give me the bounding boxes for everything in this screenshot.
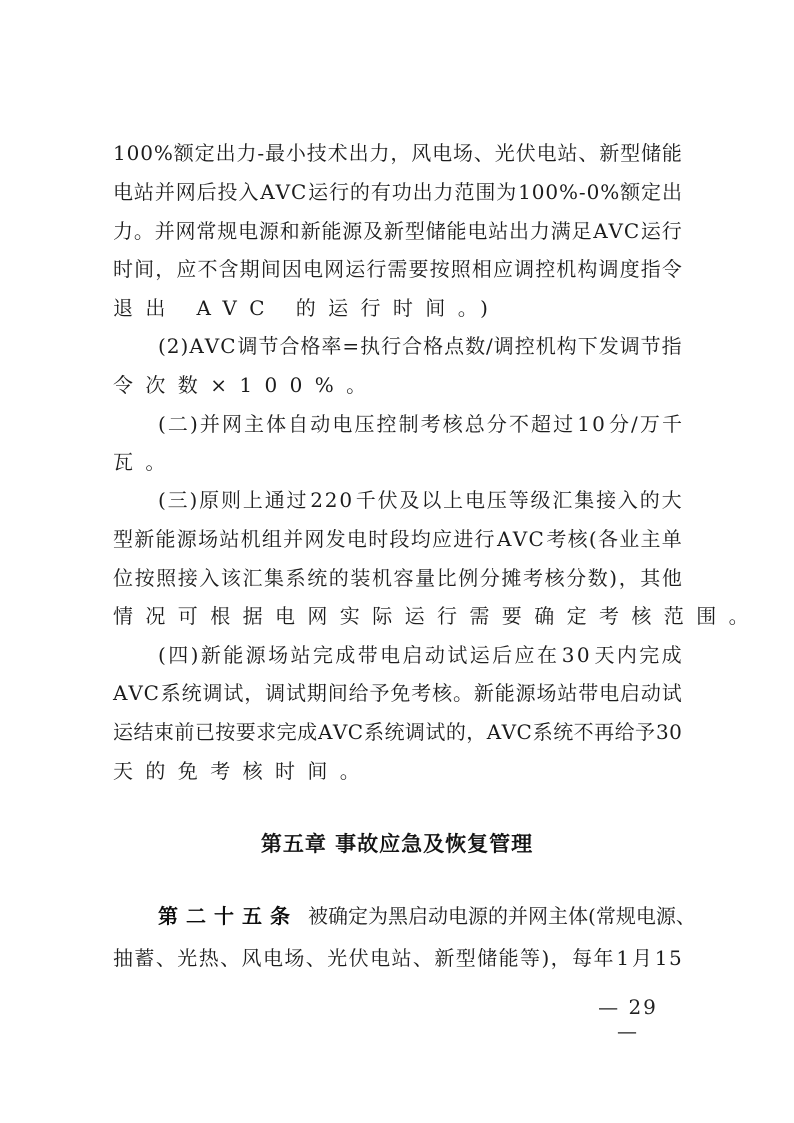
body-line-17: 天的免考核时间。: [113, 756, 372, 786]
body-line-16: 运结束前已按要求完成 AVC 系统调试的，AVC 系统不再给予 30: [113, 717, 682, 747]
body-line-6: (2)AVC 调节合格率=执行合格点数/调控机构下发调节指: [158, 331, 682, 361]
article-first-line-text: 被确定为黑启动电源的并网主体(常规电源、: [308, 901, 696, 931]
article-label: 第二十五条: [158, 901, 298, 931]
article-second-line: 抽蓄、光热、风电场、光伏电站、新型储能等)，每年 1 月 15: [113, 943, 682, 973]
body-line-14: (四)新能源场站完成带电启动试运后应在 30 天内完成: [158, 640, 682, 670]
chapter-heading: 第五章 事故应急及恢复管理: [0, 828, 794, 858]
body-line-9: 瓦。: [113, 447, 178, 477]
body-line-13: 情况可根据电网实际运行需要确定考核范围。: [113, 601, 761, 631]
body-line-7: 令次数×100%。: [113, 370, 379, 400]
article-first-line: 第二十五条 被确定为黑启动电源的并网主体(常规电源、: [158, 901, 682, 931]
body-line-1: 100%额定出力-最小技术出力，风电场、光伏电站、新型储能: [113, 138, 682, 168]
document-page: 100%额定出力-最小技术出力，风电场、光伏电站、新型储能 电站并网后投入 AV…: [0, 0, 794, 1123]
body-line-11: 型新能源场站机组并网发电时段均应进行 AVC 考核(各业主单: [113, 524, 682, 554]
body-line-15: AVC 系统调试，调试期间给予免考核。新能源场站带电启动试: [113, 678, 682, 708]
body-line-8: (二)并网主体自动电压控制考核总分不超过 10 分/万千: [158, 409, 682, 439]
body-line-4: 时间，应不含期间因电网运行需要按照相应调控机构调度指令: [113, 254, 682, 284]
body-line-10: (三)原则上通过 220 千伏及以上电压等级汇集接入的大: [158, 485, 682, 515]
body-line-12: 位按照接入该汇集系统的装机容量比例分摊考核分数)，其他: [113, 563, 682, 593]
body-line-3: 力。并网常规电源和新能源及新型储能电站出力满足 AVC 运行: [113, 216, 682, 246]
body-line-5: 退出 AVC 的运行时间。): [113, 293, 500, 323]
page-number: — 29 —: [588, 995, 668, 1043]
body-line-2: 电站并网后投入 AVC 运行的有功出力范围为 100%-0%额定出: [113, 177, 682, 207]
